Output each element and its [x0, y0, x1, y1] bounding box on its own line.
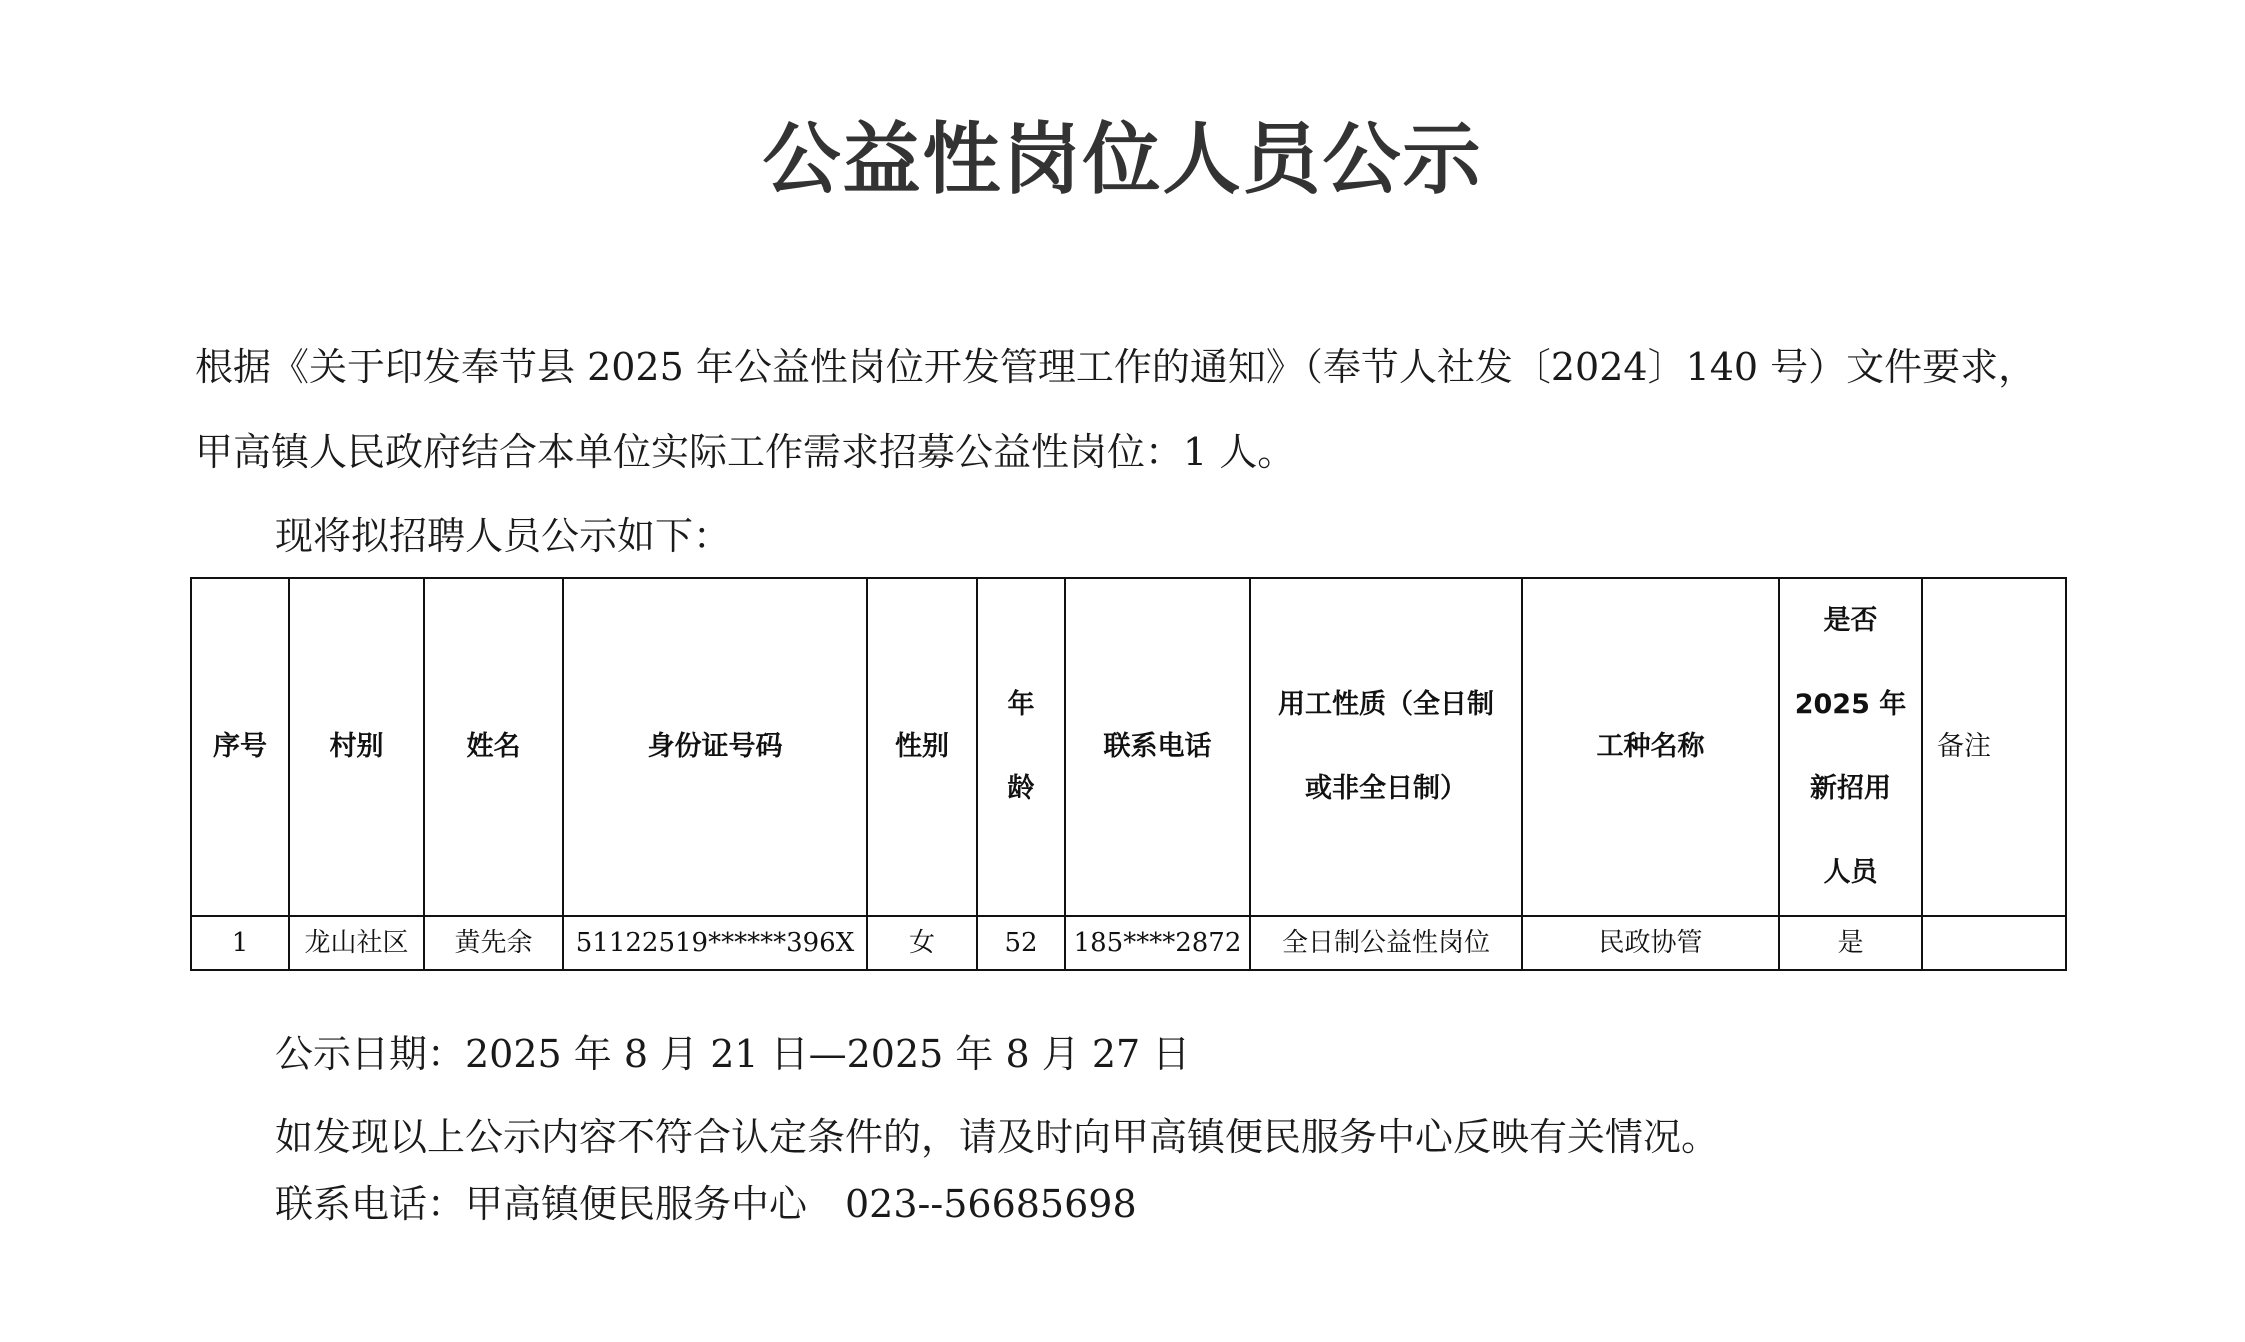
cell-job-title: 民政协管: [1522, 916, 1779, 970]
cell-village: 龙山社区: [289, 916, 424, 970]
header-id-number: 身份证号码: [563, 578, 867, 916]
header-remark: 备注: [1922, 578, 2066, 916]
header-phone: 联系电话: [1065, 578, 1250, 916]
cell-name: 黄先余: [424, 916, 563, 970]
personnel-table: 序号 村别 姓名 身份证号码 性别 年 龄 联系电话 用工性质（全日制 或非全日…: [190, 577, 2067, 971]
table-row: 1 龙山社区 黄先余 51122519******396X 女 52 185**…: [191, 916, 2066, 970]
cell-phone: 185****2872: [1065, 916, 1250, 970]
intro-paragraph-line-1: 根据《关于印发奉节县 2025 年公益性岗位开发管理工作的通知》（奉节人社发〔2…: [195, 343, 2036, 391]
feedback-notice: 如发现以上公示内容不符合认定条件的，请及时向甲高镇便民服务中心反映有关情况。: [275, 1113, 1719, 1161]
header-new-hire-2025: 是否 2025 年 新招用 人员: [1779, 578, 1922, 916]
intro-paragraph-line-2: 甲高镇人民政府结合本单位实际工作需求招募公益性岗位：1 人。: [195, 428, 1295, 476]
cell-index: 1: [191, 916, 289, 970]
cell-new-hire-2025: 是: [1779, 916, 1922, 970]
cell-gender: 女: [867, 916, 977, 970]
contact-phone: 联系电话：甲高镇便民服务中心 023--56685698: [275, 1180, 1137, 1228]
header-gender: 性别: [867, 578, 977, 916]
cell-employment-type: 全日制公益性岗位: [1250, 916, 1522, 970]
header-employment-type: 用工性质（全日制 或非全日制）: [1250, 578, 1522, 916]
table-lead-text: 现将拟招聘人员公示如下：: [275, 512, 731, 560]
header-job-title: 工种名称: [1522, 578, 1779, 916]
header-age: 年 龄: [977, 578, 1065, 916]
page-title: 公益性岗位人员公示: [0, 110, 2245, 210]
cell-id-number: 51122519******396X: [563, 916, 867, 970]
cell-remark: [1922, 916, 2066, 970]
cell-age: 52: [977, 916, 1065, 970]
publicity-period: 公示日期：2025 年 8 月 21 日—2025 年 8 月 27 日: [275, 1030, 1190, 1078]
table-header-row: 序号 村别 姓名 身份证号码 性别 年 龄 联系电话 用工性质（全日制 或非全日…: [191, 578, 2066, 916]
header-name: 姓名: [424, 578, 563, 916]
header-index: 序号: [191, 578, 289, 916]
header-village: 村别: [289, 578, 424, 916]
